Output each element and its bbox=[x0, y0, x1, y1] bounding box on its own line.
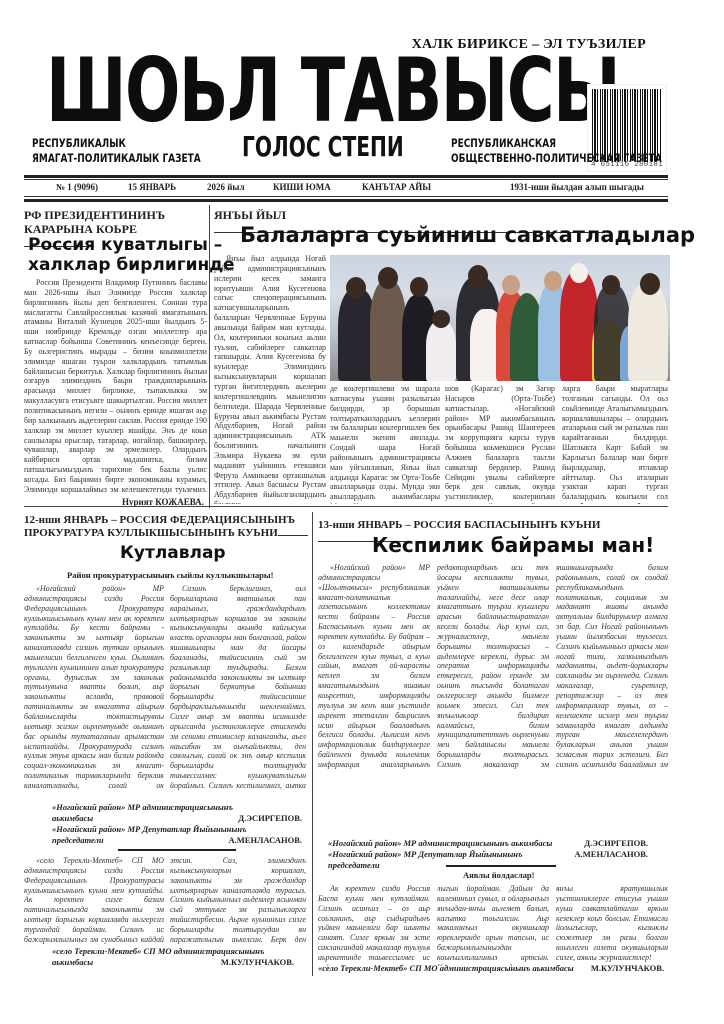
body-paragraph: «село Терекли-Мектеб» СП МО администраци… bbox=[24, 856, 164, 946]
newspaper-title: ШОЬЛ ТАВЫСЫ bbox=[46, 46, 619, 136]
signer-name: А.МЕНЛАСАНОВ. bbox=[575, 849, 649, 871]
signer-name: Д.ЭСИРГЕПОВ. bbox=[584, 838, 648, 849]
body-paragraph: Россия Президенти Владимир Путининъ басл… bbox=[24, 278, 207, 494]
subtitle-left: РЕСПУБЛИКАЛЫК ЯМАГАТ-ПОЛИТИКАЛЫК ГАЗЕТА bbox=[32, 136, 201, 166]
article-russia-body: Россия Президенти Владимир Путининъ басл… bbox=[24, 278, 207, 494]
signer-role: аькимбасы bbox=[52, 813, 93, 824]
headline-line2: халклар бирлигинде bbox=[28, 255, 235, 275]
article-newyear-col2: де коьтергишлеви эм шарала катнасувы уьш… bbox=[330, 384, 440, 504]
body-paragraph: янъы яратувшылык уьстинликлерге етисуьв … bbox=[556, 884, 668, 963]
dateline: № 1 (9096) 15 ЯНВАРЬ 2026 йыл КИШИ ЮМА К… bbox=[24, 180, 668, 194]
article-prosecutor-col2b: этсин. Сиз, элимиздинъ кызыксынувларын к… bbox=[170, 856, 306, 946]
body-paragraph: яшавшыларында бизим районынынъ, солай ок… bbox=[556, 563, 668, 769]
signer-role: «село Терекли-Мектеб» СП МО администраци… bbox=[52, 946, 264, 957]
body-paragraph: Ак юректен сизди Россия Баспа куьни мен … bbox=[318, 884, 430, 966]
signer-name: М.КУЛУНЧАКОВ. bbox=[221, 957, 294, 968]
article-press-col2b: лыгын йорайман. Дайым да калеминъиз сувы… bbox=[437, 884, 549, 966]
kicker-text: 13-нши ЯНВАРЬ – РОССИЯ БАСПАСЫНЫНЪ КУЬНИ bbox=[318, 519, 600, 531]
kicker-underline bbox=[278, 535, 308, 536]
subtitle-left-line2: ЯМАГАТ-ПОЛИТИКАЛЫК ГАЗЕТА bbox=[32, 151, 201, 166]
article-press-greeting: Аявлы йолдаслар! bbox=[463, 870, 534, 880]
column-divider bbox=[209, 205, 210, 508]
kicker-line2: ПРОКУРАТУРА КУЛЛЫКШЫСЫНЫНЪ КУЬНИ bbox=[24, 527, 278, 539]
issue-number: № 1 (9096) bbox=[56, 182, 98, 192]
article-press-col2: редакторлардынъ иси тек йосары кеспиликт… bbox=[437, 563, 549, 769]
dateline-rule-thin bbox=[24, 196, 668, 197]
body-paragraph: де коьтергишлеви эм шарала катнасувы уьш… bbox=[330, 384, 440, 504]
article-newyear-col4: ларга баьри мыратлары толганын сагынды. … bbox=[562, 384, 668, 504]
issue-date: 15 ЯНВАРЬ bbox=[128, 182, 176, 192]
article-russia-headline: Россия куватлыгы – халклар бирлигинде bbox=[28, 235, 235, 275]
article-prosecutor-col2: Сизинъ берклигиниз, оьз борышларына явап… bbox=[170, 584, 306, 791]
article-prosecutor-col1b: «село Терекли-Мектеб» СП МО администраци… bbox=[24, 856, 164, 946]
body-paragraph: «Ногайский район» МР администрациясы «Шо… bbox=[318, 563, 430, 769]
body-paragraph: лыгын йорайман. Дайым да калеминъиз сувы… bbox=[437, 884, 549, 966]
article-press-col1: «Ногайский район» МР администрациясы «Шо… bbox=[318, 563, 430, 769]
subtitle-left-line1: РЕСПУБЛИКАЛЫК bbox=[32, 136, 201, 151]
body-paragraph: редакторлардынъ иси тек йосары кеспиликт… bbox=[437, 563, 549, 769]
signer-role: «Ногайский район» МР администрациясынынъ bbox=[52, 802, 233, 813]
body-paragraph: Янъы йыл алдында Ногай район администрац… bbox=[214, 254, 326, 504]
article-press-col1b: Ак юректен сизди Россия Баспа куьни мен … bbox=[318, 884, 430, 966]
article-prosecutor-signoff: «Ногайский район» МР администрациясынынъ… bbox=[52, 802, 302, 846]
article-prosecutor-signoff2: «село Терекли-Мектеб» СП МО администраци… bbox=[52, 946, 302, 968]
signer-name: А.МЕНЛАСАНОВ. bbox=[229, 835, 303, 846]
body-paragraph: Сизинъ берклигиниз, оьз борышларына явап… bbox=[170, 584, 306, 791]
body-paragraph: этсин. Сиз, элимиздинъ кызыксынувларын к… bbox=[170, 856, 306, 946]
article-press-headline: Кеспилик байрамы ман! bbox=[372, 532, 654, 558]
signer-role: «Ногайский район» МР Депутатлар Йыйыныны… bbox=[328, 849, 575, 871]
article-prosecutor-kicker: 12-нши ЯНВАРЬ – РОССИЯ ФЕДЕРАЦИЯСЫНЫНЪ П… bbox=[24, 514, 309, 540]
subtitle-right-line2: ОБЩЕСТВЕННО-ПОЛИТИЧЕСКАЯ ГАЗЕТА bbox=[451, 151, 662, 166]
article-newyear-col1: Янъы йыл алдында Ногай район администрац… bbox=[214, 254, 326, 504]
article-newyear-col3: шов (Карагас) эм Загир Насыров (Орта-Тоь… bbox=[445, 384, 555, 504]
article-press-signoff2: «село Терекли-Мектеб» СП МО администраци… bbox=[318, 963, 668, 974]
signer-role: «Ногайский район» МР Депутатлар Йыйыныны… bbox=[52, 824, 246, 835]
masthead-rule-top bbox=[24, 175, 668, 178]
signer-role: председатели bbox=[52, 835, 104, 846]
body-paragraph: «Ногайский район» МР администрациясы сиз… bbox=[24, 584, 164, 791]
kicker-line1: РФ ПРЕЗИДЕНТИНИНЪ bbox=[24, 208, 204, 222]
signer-name: Д.ЭСИРГЕПОВ. bbox=[238, 813, 302, 824]
article-prosecutor-headline: Кутлавлар bbox=[120, 542, 226, 564]
signer-role: аькимбасы bbox=[52, 957, 93, 968]
signoff-divider bbox=[446, 865, 556, 867]
news-photo-children-celebration bbox=[330, 255, 670, 381]
signer-name: М.КУЛУНЧАКОВ. bbox=[591, 963, 664, 974]
kicker-text: ЯНЪЫ ЙЫЛ bbox=[214, 208, 286, 222]
column-divider bbox=[312, 512, 313, 976]
body-paragraph: шов (Карагас) эм Загир Насыров (Орта-Тоь… bbox=[445, 384, 555, 504]
dateline-rule-bottom bbox=[24, 199, 668, 202]
subtitle-right: РЕСПУБЛИКАНСКАЯ ОБЩЕСТВЕННО-ПОЛИТИЧЕСКАЯ… bbox=[451, 136, 662, 166]
article-newyear-headline: Балаларга суьйиниш савкатладылар bbox=[240, 222, 695, 248]
headline-line1: Россия куватлыгы – bbox=[28, 235, 235, 255]
signer-role: «Ногайский район» МР администрациясынынъ… bbox=[328, 838, 552, 849]
signoff-divider bbox=[118, 849, 236, 851]
kicker-line2: КАРАРЫНА КОЬРЕ bbox=[24, 222, 137, 236]
signer-role: «село Терекли-Мектеб» СП МО администраци… bbox=[318, 963, 574, 974]
body-paragraph: ларга баьри мыратлары толганын сагынды. … bbox=[562, 384, 668, 504]
article-prosecutor-greeting: Район прокуратурасынынъ сыйлы куллыкшыла… bbox=[67, 570, 274, 580]
issue-month: КАНЪТАР АЙЫ bbox=[362, 182, 431, 192]
founded-note: 1931-нши йылдан алып шыгады bbox=[510, 182, 644, 192]
subtitle-center: ГОЛОС СТЕПИ bbox=[242, 131, 404, 163]
issue-weekday: КИШИ ЮМА bbox=[273, 182, 331, 192]
kicker-line1: 12-нши ЯНВАРЬ – РОССИЯ ФЕДЕРАЦИЯСЫНЫНЪ bbox=[24, 514, 309, 527]
article-press-col3: яшавшыларында бизим районынынъ, солай ок… bbox=[556, 563, 668, 769]
section-rule bbox=[24, 506, 668, 507]
subtitle-right-line1: РЕСПУБЛИКАНСКАЯ bbox=[451, 136, 662, 151]
article-prosecutor-col1: «Ногайский район» МР администрациясы сиз… bbox=[24, 584, 164, 791]
article-press-col3b: янъы яратувшылык уьстинликлерге етисуьв … bbox=[556, 884, 668, 966]
issue-year: 2026 йыл bbox=[207, 182, 245, 192]
